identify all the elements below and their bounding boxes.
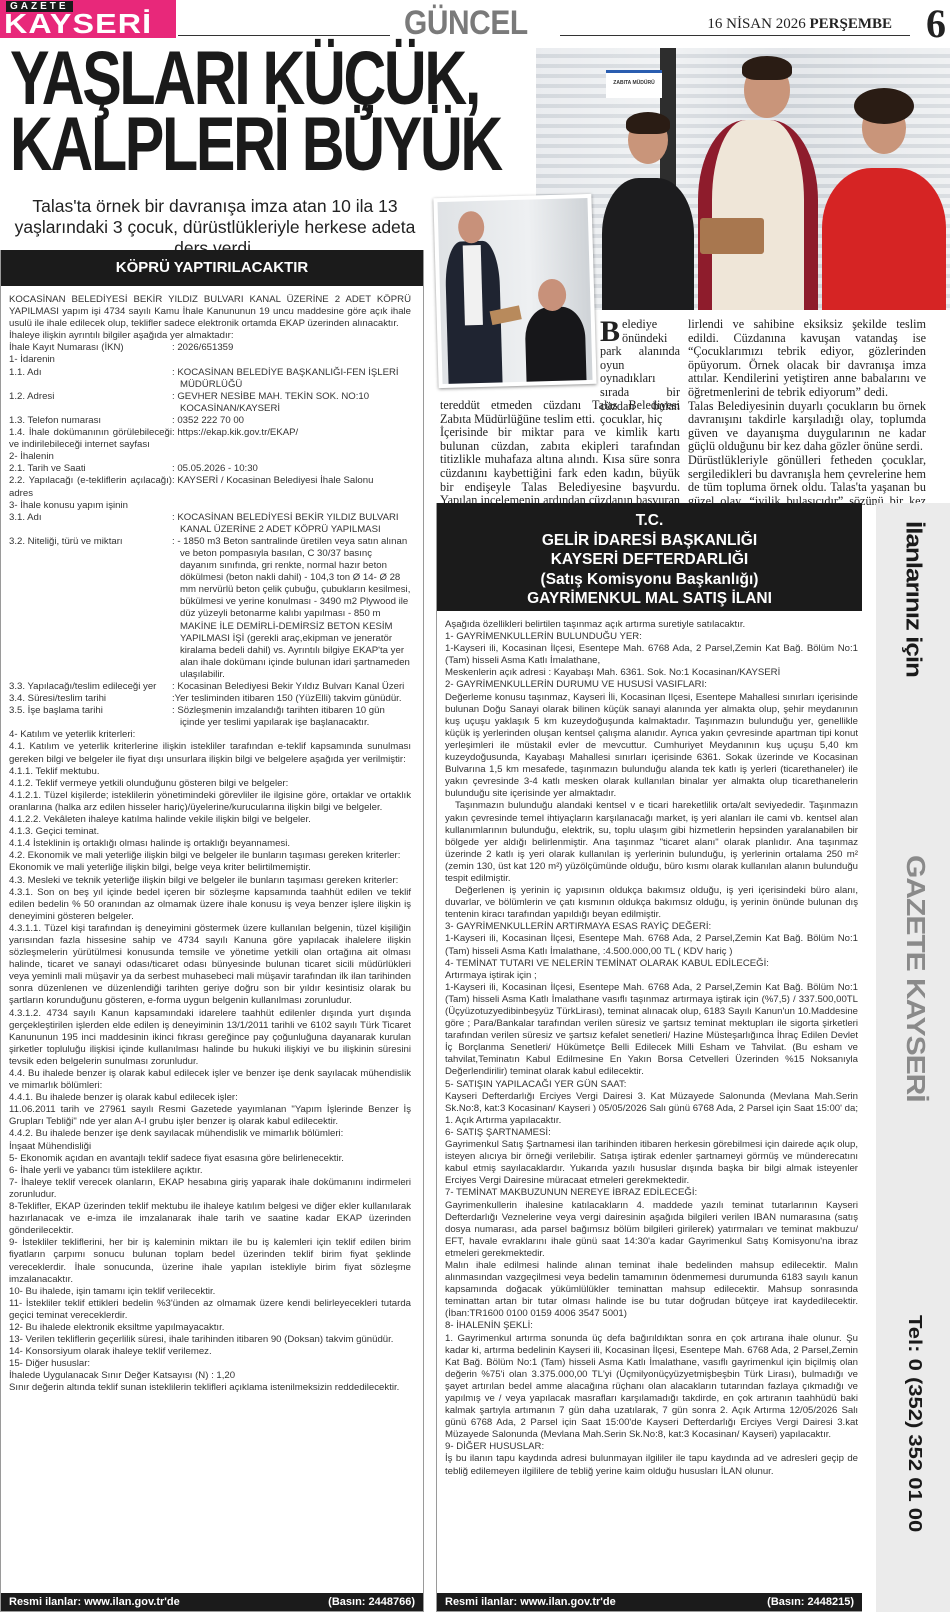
detail-row: 3.5. İşe başlama tarihi: Sözleşmenin imz… (9, 705, 411, 729)
side-ad-strip: İlanlarınız için GAZETE KAYSERİ Tel: 0 (… (876, 503, 950, 1612)
clause: 9- İstekliler tekliflerini, her bir iş k… (9, 1237, 411, 1285)
detail-value: : 0352 222 70 00 (172, 415, 411, 427)
clause: 4.3.1.2. 4734 sayılı Kanun kapsamındaki … (9, 1008, 411, 1068)
clause: 14- Konsorsiyum olarak ihaleye teklif ve… (9, 1346, 411, 1358)
clause: 11.06.2011 tarih ve 27961 sayılı Resmi G… (9, 1104, 411, 1128)
clause: 4.1.4 İsteklinin iş ortaklığı olması hal… (9, 838, 411, 850)
notice-1-footer: Resmi ilanlar: www.ilan.gov.tr'de (Basın… (1, 1593, 423, 1611)
date: 16 NİSAN 2026 (707, 16, 805, 32)
notice-1-intro-2: İhaleye ilişkin ayrıntılı bilgiler aşağı… (9, 330, 411, 342)
clause: 4- TEMİNAT TUTARI VE NELERİN TEMİNAT OLA… (445, 958, 858, 970)
story-body-col-2: lirlendi ve sahibine eksiksiz şekilde te… (688, 318, 926, 523)
notice-property-sale: T.C.GELİR İDARESİ BAŞKANLIĞIKAYSERİ DEFT… (436, 503, 862, 1612)
detail-row: 1.2. Adresi: GEVHER NESİBE MAH. TEKİN SO… (9, 391, 411, 415)
notice-1-intro: KOCASİNAN BELEDİYESİ BEKİR YILDIZ BULVAR… (9, 294, 411, 330)
detail-label: 1.3. Telefon numarası (9, 415, 172, 427)
clause: 1- GAYRİMENKULLERİN BULUNDUĞU YER: (445, 631, 858, 643)
notice-2-footer: Resmi ilanlar: www.ilan.gov.tr'de (Basın… (437, 1593, 862, 1611)
title-line: GELİR İDARESİ BAŞKANLIĞI (437, 531, 862, 551)
logo-big-text: KAYSERİ (4, 10, 152, 38)
notice-1-title: KÖPRÜ YAPTIRILACAKTIR (1, 250, 423, 286)
detail-value: : Kocasinan Belediyesi Bekir Yıldız Bulv… (172, 681, 411, 693)
notice-1-footer-link[interactable]: Resmi ilanlar: www.ilan.gov.tr'de (9, 1593, 180, 1611)
detail-label: 2.1. Tarih ve Saati (9, 463, 172, 475)
clause: 5- SATIŞIN YAPILACAĞI YER GÜN SAAT: (445, 1079, 858, 1091)
detail-row: 2- İhalenin (9, 451, 411, 463)
clause: 4.3.1.1. Tüzel kişi tarafından iş deneyi… (9, 923, 411, 1008)
clause: 13- Verilen tekliflerin geçerlilik süres… (9, 1334, 411, 1346)
notice-2-press-id: (Basın: 2448215) (767, 1593, 854, 1611)
clause: Gayrimenkul Satış Şartnamesi ilan tarihi… (445, 1139, 858, 1187)
notice-1-body: KOCASİNAN BELEDİYESİ BEKİR YILDIZ BULVAR… (1, 286, 423, 1395)
detail-row: 1.3. Telefon numarası: 0352 222 70 00 (9, 415, 411, 427)
detail-label: 3.3. Yapılacağı/teslim edileceği yer (9, 681, 172, 693)
clause: 8-Teklifler, EKAP üzerinden teklif mektu… (9, 1201, 411, 1237)
story-para-1-end: tereddüt etmeden cüzdanı Talas Belediyes… (440, 399, 680, 426)
side-ad-tagline: İlanlarınız için (901, 521, 927, 677)
clause: 7- TEMİNAT MAKBUZUNUN NEREYE İBRAZ EDİLE… (445, 1187, 858, 1199)
drop-cap: B (600, 320, 620, 344)
clause: İhalede Uygulanacak Sınır Değer Katsayıs… (9, 1370, 411, 1382)
clause: Ekonomik ve mali yeterliğe ilişkin bilgi… (9, 862, 411, 874)
detail-label: 3.5. İşe başlama tarihi (9, 705, 172, 729)
title-line: T.C. (437, 511, 862, 531)
photo-office-sign: ZABITA MÜDÜRÜ (606, 70, 662, 98)
clause: 2- GAYRİMENKULLERİN DURUMU VE HUSUSİ VAS… (445, 679, 858, 691)
inset-child (524, 306, 586, 384)
clause: Meskenlerin açık adresi : Kayabaşı Mah. … (445, 667, 858, 679)
notice-1-clauses: 4- Katılım ve yeterlik kriterleri:4.1. K… (9, 729, 411, 1394)
detail-row: 1.4. İhale dokümanının görülebileceği ve… (9, 427, 411, 451)
side-ad-phone[interactable]: Tel: 0 (352) 352 01 00 (904, 1315, 926, 1532)
clause: Sınır değerin altında teklif sunan istek… (9, 1382, 411, 1394)
story-photo-inset (433, 194, 596, 388)
detail-row: 1.1. Adı: KOCASİNAN BELEDİYE BAŞKANLIĞI-… (9, 367, 411, 391)
dateline: 16 NİSAN 2026 PERŞEMBE (707, 16, 892, 33)
detail-label: 1- İdarenin (9, 354, 172, 366)
clause: Artırmaya iştirak için ; (445, 970, 858, 982)
masthead-rule-right (560, 35, 910, 36)
clause: Değerlenen iş yerinin iç yapısının olduk… (445, 885, 858, 921)
detail-value (172, 451, 411, 463)
detail-value (172, 354, 411, 366)
photo-child-left (602, 178, 694, 310)
clause: 4.1.2.2. Vekâleten ihaleye katılma halin… (9, 814, 411, 826)
detail-value: :Yer tesliminden itibaren 150 (YüzElli) … (172, 693, 411, 705)
clause: 4.1. Katılım ve yeterlik kriterlerine il… (9, 741, 411, 765)
clause: 11- İstekliler teklif ettikleri bedelin … (9, 1298, 411, 1322)
clause: 10- Bu ihalede, işin tamamı için teklif … (9, 1286, 411, 1298)
clause: 4- Katılım ve yeterlik kriterleri: (9, 729, 411, 741)
clause: 3- GAYRİMENKULLERİN ARTIRMAYA ESAS RAYİÇ… (445, 921, 858, 933)
detail-label: 1.2. Adresi (9, 391, 172, 415)
detail-value: : 05.05.2026 - 10:30 (172, 463, 411, 475)
clause: İş bu ilanın tapu kaydında adresi bulunm… (445, 1453, 858, 1477)
story-para-3: lirlendi ve sahibine eksiksiz şekilde te… (688, 318, 926, 400)
detail-value: : KOCASİNAN BELEDİYESİ BEKİR YILDIZ BULV… (172, 512, 411, 536)
detail-label: 1.4. İhale dokümanının görülebileceği ve… (9, 427, 172, 451)
clause: 4.4.1. Bu ihalede benzer iş olarak kabul… (9, 1092, 411, 1104)
notice-2-footer-link[interactable]: Resmi ilanlar: www.ilan.gov.tr'de (445, 1593, 616, 1611)
detail-row: 3- İhale konusu yapım işinin (9, 500, 411, 512)
detail-row: 3.4. Süresi/teslim tarihi:Yer tesliminde… (9, 693, 411, 705)
clause: 8- İHALENİN ŞEKLİ: (445, 1320, 858, 1332)
detail-label: 3.4. Süresi/teslim tarihi (9, 693, 172, 705)
title-line: KAYSERİ DEFTERDARLIĞI (437, 550, 862, 570)
gazete-kayseri-logo[interactable]: GAZETE KAYSERİ (0, 0, 176, 38)
detail-row: 2.1. Tarih ve Saati: 05.05.2026 - 10:30 (9, 463, 411, 475)
detail-value (172, 500, 411, 512)
photo-child-right (822, 168, 946, 310)
detail-row: 1- İdarenin (9, 354, 411, 366)
detail-label: 3- İhale konusu yapım işinin (9, 500, 172, 512)
notice-1-press-id: (Basın: 2448766) (328, 1593, 415, 1611)
clause: Taşınmazın bulunduğu alandaki kentsel v … (445, 800, 858, 885)
story-para-4: Talas Belediyesinin duyarlı çocukların b… (688, 400, 926, 454)
photo-child-middle (698, 120, 818, 310)
notice-1-detail-table: İhale Kayıt Numarası (İKN): 2026/6513591… (9, 342, 411, 729)
clause: 4.4.2. Bu ihalede benzer işe denk sayıla… (9, 1128, 411, 1140)
title-line: (Satış Komisyonu Başkanlığı) (437, 570, 862, 590)
clause: Gayrimenkullerin ihalesine katılacakları… (445, 1200, 858, 1260)
clause: 1-Kayseri ili, Kocasinan İlçesi, Esentep… (445, 982, 858, 1079)
clause: 1. Gayrimenkul artırma sonunda üç defa b… (445, 1333, 858, 1442)
photo-wallet (700, 218, 764, 254)
clause: İnşaat Mühendisliği (9, 1141, 411, 1153)
clause: 4.3.1. Son on beş yıl içinde bedel içere… (9, 887, 411, 923)
detail-label: 3.2. Niteliği, türü ve miktarı (9, 536, 172, 681)
weekday: PERŞEMBE (809, 16, 892, 32)
detail-label: 2.2. Yapılacağı (e-tekliflerin açılacağı… (9, 475, 172, 499)
clause: 6- İhale yerli ve yabancı tüm istekliler… (9, 1165, 411, 1177)
detail-row: 2.2. Yapılacağı (e-tekliflerin açılacağı… (9, 475, 411, 499)
detail-label: 1.1. Adı (9, 367, 172, 391)
clause: Aşağıda özellikleri belirtilen taşınmaz … (445, 619, 858, 631)
clause: 4.3. Mesleki ve teknik yeterliğe ilişkin… (9, 875, 411, 887)
detail-value: : GEVHER NESİBE MAH. TEKİN SOK. NO:10 KO… (172, 391, 411, 415)
clause: 4.1.2.1. Tüzel kişilerde; isteklilerin y… (9, 790, 411, 814)
clause: 5- Ekonomik açıdan en avantajlı teklif s… (9, 1153, 411, 1165)
clause: 4.4. Bu ihalede benzer iş olarak kabul e… (9, 1068, 411, 1092)
clause: 4.1.2. Teklif vermeye yetkili olunduğunu… (9, 778, 411, 790)
clause: Değerleme konusu taşınmaz, Kayseri İli, … (445, 692, 858, 801)
clause: 12- Bu ihalede elektronik eksiltme yapıl… (9, 1322, 411, 1334)
detail-row: İhale Kayıt Numarası (İKN): 2026/651359 (9, 342, 411, 354)
clause: 4.1.1. Teklif mektubu. (9, 766, 411, 778)
detail-value: : Sözleşmenin imzalandığı tarihten itiba… (172, 705, 411, 729)
clause: 7- İhaleye teklif verecek olanların, EKA… (9, 1177, 411, 1201)
clause: 1-Kayseri ili, Kocasinan İlçesi, Esentep… (445, 643, 858, 667)
side-ad-brand: GAZETE KAYSERİ (900, 855, 929, 1102)
headline-line-2: KALPLERİ BÜYÜK (10, 112, 416, 178)
clause: Kayseri Defterdarlığı Erciyes Vergi Dair… (445, 1091, 858, 1127)
clause: 4.2. Ekonomik ve mali yeterliğe ilişkin … (9, 850, 411, 862)
detail-value: : https://ekap.kik.gov.tr/EKAP/ (172, 427, 411, 451)
notice-2-body: Aşağıda özellikleri belirtilen taşınmaz … (437, 611, 862, 1478)
detail-label: 3.1. Adı (9, 512, 172, 536)
title-line: GAYRİMENKUL MAL SATIŞ İLANI (437, 589, 862, 609)
story-headline: YAŞLARI KÜÇÜK, KALPLERİ BÜYÜK (10, 46, 416, 178)
clause: 1-Kayseri ili, Kocasinan İlçesi, Esentep… (445, 933, 858, 957)
detail-row: 3.1. Adı: KOCASİNAN BELEDİYESİ BEKİR YIL… (9, 512, 411, 536)
detail-value: : KOCASİNAN BELEDİYE BAŞKANLIĞI-FEN İŞLE… (172, 367, 411, 391)
clause: Malın ihale edilmesi halinde alınan temi… (445, 1260, 858, 1320)
clause: 9- DİĞER HUSUSLAR: (445, 1441, 858, 1453)
clause: 6- SATIŞ ŞARTNAMESİ: (445, 1127, 858, 1139)
page-number: 6 (926, 0, 946, 47)
detail-label: İhale Kayıt Numarası (İKN) (9, 342, 172, 354)
detail-value: : - 1850 m3 Beton santralinde üretilen v… (172, 536, 411, 681)
detail-label: 2- İhalenin (9, 451, 172, 463)
notice-bridge-tender: KÖPRÜ YAPTIRILACAKTIR KOCASİNAN BELEDİYE… (0, 250, 424, 1612)
clause: 4.1.3. Geçici teminat. (9, 826, 411, 838)
clause: 15- Diğer hususlar: (9, 1358, 411, 1370)
story-photo-children: ZABITA MÜDÜRÜ (536, 48, 950, 310)
detail-row: 3.2. Niteliği, türü ve miktarı: - 1850 m… (9, 536, 411, 681)
notice-2-title: T.C.GELİR İDARESİ BAŞKANLIĞIKAYSERİ DEFT… (437, 503, 862, 611)
detail-value: : KAYSERİ / Kocasinan Belediyesi İhale S… (172, 475, 411, 499)
detail-value: : 2026/651359 (172, 342, 411, 354)
detail-row: 3.3. Yapılacağı/teslim edileceği yer: Ko… (9, 681, 411, 693)
